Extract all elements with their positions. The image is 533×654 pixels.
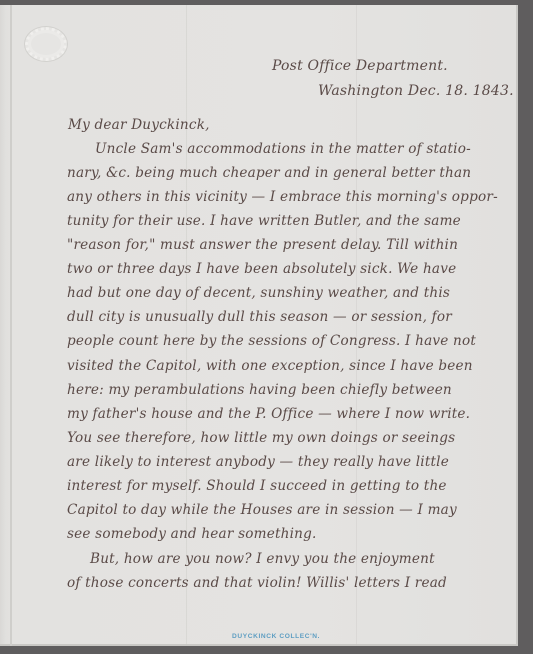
text-line: here: my perambulations having been chie… xyxy=(67,382,452,398)
text-line: my father's house and the P. Office — wh… xyxy=(67,406,470,422)
left-edge-crease xyxy=(10,5,12,646)
salutation: My dear Duyckinck, xyxy=(68,117,210,133)
text-line: visited the Capitol, with one exception,… xyxy=(67,358,473,374)
letterhead-place: Post Office Department. xyxy=(272,58,448,74)
text-line: "reason for," must answer the present de… xyxy=(67,237,458,253)
letter-date: Washington Dec. 18. 1843. xyxy=(318,83,514,99)
text-line: dull city is unusually dull this season … xyxy=(67,309,452,325)
text-line: Uncle Sam's accommodations in the matter… xyxy=(95,141,471,157)
text-line: tunity for their use. I have written But… xyxy=(67,213,461,229)
text-line: people count here by the sessions of Con… xyxy=(67,333,476,349)
embossed-seal-icon xyxy=(25,27,67,61)
text-line: had but one day of decent, sunshiny weat… xyxy=(67,285,450,301)
text-line: You see therefore, how little my own doi… xyxy=(67,430,455,446)
letter-page: Post Office Department. Washington Dec. … xyxy=(0,5,518,646)
text-line: are likely to interest anybody — they re… xyxy=(67,454,449,470)
text-line: Capitol to day while the Houses are in s… xyxy=(67,502,457,518)
collection-stamp: DUYCKINCK COLLEC'N. xyxy=(232,633,320,640)
text-line: see somebody and hear something. xyxy=(67,526,317,542)
text-line: two or three days I have been absolutely… xyxy=(67,261,456,277)
paper-crease xyxy=(356,5,357,646)
text-line: any others in this vicinity — I embrace … xyxy=(67,189,498,205)
text-line: interest for myself. Should I succeed in… xyxy=(67,478,447,494)
text-line: But, how are you now? I envy you the enj… xyxy=(90,551,435,567)
paper-crease xyxy=(186,5,187,646)
scan-frame: Post Office Department. Washington Dec. … xyxy=(0,0,533,654)
text-line: of those concerts and that violin! Willi… xyxy=(67,575,447,591)
text-line: nary, &c. being much cheaper and in gene… xyxy=(67,165,471,181)
